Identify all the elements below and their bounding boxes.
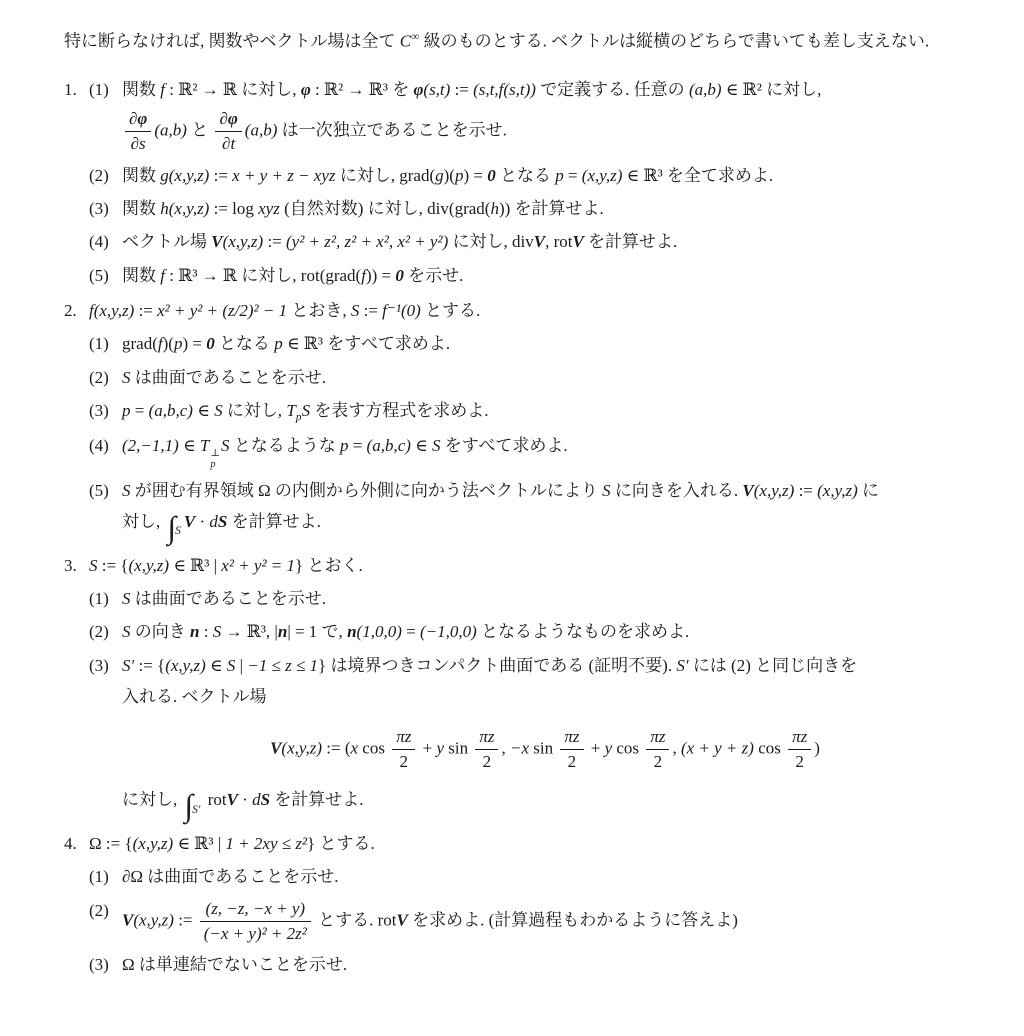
text-run: となる	[215, 334, 275, 353]
math-run: (x + y + z)	[681, 739, 754, 758]
text-run: )	[814, 739, 820, 758]
problem-item: (1)∂Ω は曲面であることを示せ.	[64, 864, 968, 890]
bold-math-run: V	[742, 481, 753, 500]
text-run: 2	[568, 752, 577, 771]
text-line: V(x,y,z) := (z, −z, −x + y)(−x + y)² + 2…	[122, 898, 968, 945]
text-run: に対し, grad(	[335, 166, 435, 185]
bold-math-run: 0	[395, 266, 404, 285]
text-run: (自然対数) に対し, div(grad(	[280, 199, 491, 218]
problem-item: (2)V(x,y,z) := (z, −z, −x + y)(−x + y)² …	[64, 898, 968, 945]
math-run: (a,b,c)	[367, 436, 411, 455]
text-run: 対し,	[122, 512, 165, 531]
denominator: ∂t	[215, 132, 241, 155]
item-label: (2)	[89, 365, 122, 391]
problem-item: (4)ベクトル場 V(x,y,z) := (y² + z², z² + x², …	[64, 229, 968, 255]
fraction: πz2	[560, 726, 583, 773]
math-run: (s,t,f(s,t))	[473, 80, 536, 99]
fraction: (z, −z, −x + y)(−x + y)² + 2z²	[200, 898, 311, 945]
text-run: を表す方程式を求めよ.	[310, 401, 489, 420]
text-line: 関数 h(x,y,z) := log xyz (自然対数) に対し, div(g…	[122, 196, 968, 222]
fraction: πz2	[788, 726, 811, 773]
problem-item: (3)p = (a,b,c) ∈ S に対し, TpS を表す方程式を求めよ.	[64, 398, 968, 426]
math-run: −x	[510, 739, 529, 758]
math-run: (x,y,z)	[165, 656, 206, 675]
text-run: sin	[444, 739, 472, 758]
text-run: sin	[529, 739, 557, 758]
math-run: πz	[792, 727, 807, 746]
text-run: を計算せよ.	[270, 790, 364, 809]
problem-1: 1.(1)関数 f : ℝ² → ℝ に対し, φ : ℝ² → ℝ³ を φ(…	[64, 77, 968, 289]
math-run: S	[602, 481, 611, 500]
text-run: ∈	[206, 656, 227, 675]
bold-math-run: φ	[301, 80, 311, 99]
denominator: (−x + y)² + 2z²	[200, 922, 311, 945]
text-line: S は曲面であることを示せ.	[122, 586, 968, 612]
math-run: −1 ≤ z ≤ 1	[247, 656, 318, 675]
bold-math-run: n	[278, 622, 287, 641]
integral-subscript: S	[175, 524, 181, 537]
item-label: (3)	[89, 653, 122, 679]
text-run: ∈ ℝ³ |	[169, 556, 221, 575]
math-run: 1 + 2xy ≤ z²	[225, 834, 307, 853]
item-label: (5)	[89, 478, 122, 504]
math-run: (y² + z², z² + x², x² + y²)	[286, 232, 448, 251]
problem-item: (3)関数 h(x,y,z) := log xyz (自然対数) に対し, di…	[64, 196, 968, 222]
math-run: T	[200, 436, 209, 455]
text-line: (2,−1,1) ∈ T⊥pS となるような p = (a,b,c) ∈ S を…	[122, 433, 968, 471]
text-run: 特に断らなければ, 関数やベクトル場は全て	[64, 32, 400, 51]
text-run: → ℝ³, |	[221, 622, 278, 641]
math-run: (z, −z, −x + y)	[206, 899, 306, 918]
numerator: ∂φ	[125, 108, 151, 132]
math-run: (x,y,z)	[223, 232, 264, 251]
math-run: y	[436, 739, 444, 758]
preamble: 特に断らなければ, 関数やベクトル場は全て C∞ 級のものとする. ベクトルは縦…	[64, 28, 968, 55]
bold-math-run: φ	[228, 109, 238, 128]
math-run: g(x,y,z)	[160, 166, 209, 185]
math-run: S	[122, 368, 131, 387]
math-run: h	[490, 199, 499, 218]
math-run: d	[252, 790, 261, 809]
math-run: C	[400, 32, 411, 51]
text-run: ) =	[463, 166, 487, 185]
item-content: p = (a,b,c) ∈ S に対し, TpS を表す方程式を求めよ.	[122, 398, 968, 426]
text-line: grad(f)(p) = 0 となる p ∈ ℝ³ をすべて求めよ.	[122, 331, 968, 357]
text-run: :=	[794, 481, 817, 500]
text-run: } とおく.	[295, 556, 363, 575]
text-run: : ℝ³ → ℝ に対し, rot(grad(	[165, 266, 361, 285]
bold-math-run: n	[347, 622, 356, 641]
text-run: ·	[195, 512, 209, 531]
text-run: )) を計算せよ.	[499, 199, 604, 218]
text-run: は一次独立であることを示せ.	[277, 121, 507, 140]
text-run: とする. rot	[314, 910, 397, 929]
text-run: に対し,	[223, 401, 287, 420]
item-label: (3)	[89, 196, 122, 222]
text-run: grad(	[122, 334, 158, 353]
numerator: πz	[788, 726, 811, 750]
text-line: 関数 f : ℝ² → ℝ に対し, φ : ℝ² → ℝ³ を φ(s,t) …	[122, 77, 968, 103]
numerator: πz	[475, 726, 498, 750]
problem-intro-row: 4.Ω := {(x,y,z) ∈ ℝ³ | 1 + 2xy ≤ z²} とする…	[64, 831, 968, 857]
text-run: ∈	[411, 436, 432, 455]
text-run: := {	[134, 656, 165, 675]
text-line: S が囲む有界領域 Ω の内側から外側に向かう法ベクトルにより S に向きを入れ…	[122, 478, 968, 504]
math-run: ∂	[219, 109, 227, 128]
text-run: に対し,	[122, 790, 182, 809]
text-run: ∈	[179, 436, 200, 455]
fraction: πz2	[392, 726, 415, 773]
text-line: S は曲面であることを示せ.	[122, 365, 968, 391]
numerator: πz	[560, 726, 583, 750]
fraction: ∂φ∂s	[125, 108, 151, 155]
text-run: } は境界つきコンパクト曲面である (証明不要).	[318, 656, 676, 675]
text-run: 入れる. ベクトル場	[122, 687, 267, 706]
math-run: S′	[122, 656, 134, 675]
problem-item: (5)S が囲む有界領域 Ω の内側から外側に向かう法ベクトルにより S に向き…	[64, 478, 968, 544]
text-line: S := {(x,y,z) ∈ ℝ³ | x² + y² = 1} とおく.	[89, 553, 968, 579]
text-run: :=	[174, 910, 197, 929]
integral-subscript: S′	[192, 803, 200, 816]
text-line: に対し, ∫S′ rotV · dS を計算せよ.	[122, 787, 968, 821]
text-run: ,	[672, 739, 681, 758]
text-run: を計算せよ.	[227, 512, 321, 531]
problem-intro: S := {(x,y,z) ∈ ℝ³ | x² + y² = 1} とおく.	[89, 553, 968, 579]
text-run: ∈	[193, 401, 214, 420]
math-run: (x,y,z)	[133, 834, 174, 853]
text-run: +	[587, 739, 605, 758]
text-run: 関数	[122, 166, 160, 185]
math-run: S	[122, 622, 131, 641]
problem-intro: Ω := {(x,y,z) ∈ ℝ³ | 1 + 2xy ≤ z²} とする.	[89, 831, 968, 857]
text-run: Ω := {	[89, 834, 133, 853]
bold-math-run: V	[572, 232, 583, 251]
math-run: (2,−1,1)	[122, 436, 179, 455]
problem-intro-row: 2.f(x,y,z) := x² + y² + (z/2)² − 1 とおき, …	[64, 298, 968, 324]
item-content: grad(f)(p) = 0 となる p ∈ ℝ³ をすべて求めよ.	[122, 331, 968, 357]
bold-math-run: S	[261, 790, 270, 809]
math-run: h(x,y,z)	[160, 199, 209, 218]
math-run: x² + y² = 1	[221, 556, 295, 575]
problem-intro: f(x,y,z) := x² + y² + (z/2)² − 1 とおき, S …	[89, 298, 968, 324]
item-content: ∂Ω は曲面であることを示せ.	[122, 864, 968, 890]
problem-item: (2)S は曲面であることを示せ.	[64, 365, 968, 391]
problem-item: 1.(1)関数 f : ℝ² → ℝ に対し, φ : ℝ² → ℝ³ を φ(…	[64, 77, 968, 156]
text-run: ∈ ℝ³ |	[173, 834, 225, 853]
text-run: 2	[400, 752, 409, 771]
item-content: S′ := {(x,y,z) ∈ S | −1 ≤ z ≤ 1} は境界つきコン…	[122, 653, 968, 822]
text-run: ∈ ℝ² に対し,	[722, 80, 822, 99]
text-run: をすべて求めよ.	[441, 436, 568, 455]
text-run: : ℝ² → ℝ³ を	[311, 80, 414, 99]
bold-math-run: V	[184, 512, 195, 531]
text-run: | = 1 で,	[287, 622, 347, 641]
math-run: S	[122, 481, 131, 500]
text-run: が囲む有界領域 Ω の内側から外側に向かう法ベクトルにより	[131, 481, 603, 500]
text-run: Ω は単連結でないことを示せ.	[122, 955, 347, 974]
display-equation: V(x,y,z) := (x cos πz2 + y sin πz2, −x s…	[122, 726, 968, 773]
math-run: g	[435, 166, 444, 185]
bold-math-run: 0	[487, 166, 496, 185]
text-line: Ω は単連結でないことを示せ.	[122, 952, 968, 978]
text-line: 対し, ∫SV · dS を計算せよ.	[122, 509, 968, 543]
math-run: (a,b)	[689, 80, 722, 99]
text-run: =	[348, 436, 366, 455]
problem-3: 3.S := {(x,y,z) ∈ ℝ³ | x² + y² = 1} とおく.…	[64, 553, 968, 822]
item-label: (1)	[89, 77, 122, 103]
math-run: f(x,y,z)	[89, 301, 134, 320]
problem-number: 1.	[64, 77, 89, 103]
problem-item: (2)関数 g(x,y,z) := x + y + z − xyz に対し, g…	[64, 163, 968, 189]
math-run: πz	[650, 727, 665, 746]
item-label: (2)	[89, 163, 122, 189]
math-run: πz	[396, 727, 411, 746]
math-run: (x,y,z)	[754, 481, 795, 500]
math-run: S′	[192, 803, 200, 816]
subscript: p	[210, 460, 215, 471]
item-label: (4)	[89, 433, 122, 459]
fraction: πz2	[646, 726, 669, 773]
item-label: (1)	[89, 331, 122, 357]
text-run: となるような	[229, 436, 340, 455]
item-content: S の向き n : S → ℝ³, |n| = 1 で, n(1,0,0) = …	[122, 619, 968, 645]
text-run: cos	[358, 739, 389, 758]
item-label: (3)	[89, 398, 122, 424]
math-run: (a,b)	[154, 121, 187, 140]
problem-item: (3)S′ := {(x,y,z) ∈ S | −1 ≤ z ≤ 1} は境界つ…	[64, 653, 968, 822]
numerator: (z, −z, −x + y)	[200, 898, 311, 922]
text-run: ∂Ω は曲面であることを示せ.	[122, 867, 339, 886]
text-line: ∂φ∂s(a,b) と ∂φ∂t(a,b) は一次独立であることを示せ.	[122, 108, 968, 155]
math-run: (1,0,0)	[357, 622, 402, 641]
text-run: とおき,	[287, 301, 351, 320]
math-run: T	[286, 401, 295, 420]
item-content: Ω は単連結でないことを示せ.	[122, 952, 968, 978]
fraction: πz2	[475, 726, 498, 773]
text-run: :	[199, 622, 212, 641]
item-content: ベクトル場 V(x,y,z) := (y² + z², z² + x², x² …	[122, 229, 968, 255]
math-run: (s,t)	[423, 80, 450, 99]
text-run: ·	[238, 790, 252, 809]
text-run: 関数	[122, 199, 160, 218]
math-run: S	[89, 556, 98, 575]
math-run: p	[555, 166, 564, 185]
math-run: S	[214, 401, 223, 420]
math-run: (x,y,z)	[281, 739, 322, 758]
text-line: 入れる. ベクトル場	[122, 684, 968, 710]
text-run: に	[858, 481, 879, 500]
text-line: Ω := {(x,y,z) ∈ ℝ³ | 1 + 2xy ≤ z²} とする.	[89, 831, 968, 857]
text-run: を計算せよ.	[584, 232, 678, 251]
text-run: :=	[359, 301, 382, 320]
text-run: ,	[501, 739, 510, 758]
denominator: ∂s	[125, 132, 151, 155]
text-line: ベクトル場 V(x,y,z) := (y² + z², z² + x², x² …	[122, 229, 968, 255]
item-content: 関数 f : ℝ³ → ℝ に対し, rot(grad(f)) = 0 を示せ.	[122, 263, 968, 289]
text-run: =	[402, 622, 420, 641]
problem-item: (1)grad(f)(p) = 0 となる p ∈ ℝ³ をすべて求めよ.	[64, 331, 968, 357]
text-run: =	[131, 401, 149, 420]
math-run: f⁻¹(0)	[382, 301, 421, 320]
math-run: ∂s	[131, 134, 146, 153]
document-body: 1.(1)関数 f : ℝ² → ℝ に対し, φ : ℝ² → ℝ³ を φ(…	[64, 77, 968, 978]
text-run: := (	[322, 739, 350, 758]
text-run: :=	[209, 166, 232, 185]
bold-math-run: 0	[206, 334, 215, 353]
item-content: 関数 f : ℝ² → ℝ に対し, φ : ℝ² → ℝ³ を φ(s,t) …	[122, 77, 968, 156]
text-run: ∈ ℝ³ を全て求めよ.	[622, 166, 773, 185]
text-line: S′ := {(x,y,z) ∈ S | −1 ≤ z ≤ 1} は境界つきコン…	[122, 653, 968, 679]
math-run: d	[209, 512, 218, 531]
document-page: 特に断らなければ, 関数やベクトル場は全て C∞ 級のものとする. ベクトルは縦…	[0, 0, 1024, 978]
problem-item: (3)Ω は単連結でないことを示せ.	[64, 952, 968, 978]
text-run: :=	[450, 80, 473, 99]
problem-item: (1)S は曲面であることを示せ.	[64, 586, 968, 612]
bold-math-run: φ	[413, 80, 423, 99]
text-run: ベクトル場	[122, 232, 211, 251]
text-line: 関数 f : ℝ³ → ℝ に対し, rot(grad(f)) = 0 を示せ.	[122, 263, 968, 289]
text-run: 関数	[122, 266, 160, 285]
text-run: には (2) と同じ向きを	[689, 656, 858, 675]
item-label: (1)	[89, 864, 122, 890]
math-run: (x,y,z)	[128, 556, 169, 575]
text-line: S の向き n : S → ℝ³, |n| = 1 で, n(1,0,0) = …	[122, 619, 968, 645]
denominator: 2	[560, 750, 583, 773]
text-run: )) =	[366, 266, 395, 285]
problem-item: (4)(2,−1,1) ∈ T⊥pS となるような p = (a,b,c) ∈ …	[64, 433, 968, 471]
text-run: の向き	[131, 622, 191, 641]
math-run: S′	[676, 656, 688, 675]
item-label: (2)	[89, 619, 122, 645]
text-run: となる	[496, 166, 556, 185]
item-content: V(x,y,z) := (z, −z, −x + y)(−x + y)² + 2…	[122, 898, 968, 945]
item-label: (1)	[89, 586, 122, 612]
text-run: :=	[263, 232, 286, 251]
math-run: (x,y,z)	[582, 166, 623, 185]
text-run: ) =	[182, 334, 206, 353]
text-run: を示せ.	[404, 266, 464, 285]
math-run: S	[213, 622, 222, 641]
text-run: と	[187, 121, 213, 140]
denominator: 2	[788, 750, 811, 773]
item-content: S は曲面であることを示せ.	[122, 586, 968, 612]
text-run: } とする.	[307, 834, 375, 853]
math-run: xyz	[258, 199, 280, 218]
denominator: 2	[475, 750, 498, 773]
text-run: は曲面であることを示せ.	[131, 589, 327, 608]
text-run: )(	[163, 334, 174, 353]
math-run: p	[122, 401, 131, 420]
problem-2: 2.f(x,y,z) := x² + y² + (z/2)² − 1 とおき, …	[64, 298, 968, 544]
problem-number: 2.	[64, 298, 89, 324]
problem-number: 3.	[64, 553, 89, 579]
math-run: πz	[564, 727, 579, 746]
item-label: (3)	[89, 952, 122, 978]
math-run: x	[351, 739, 359, 758]
denominator: 2	[646, 750, 669, 773]
item-content: S は曲面であることを示せ.	[122, 365, 968, 391]
bold-math-run: V	[227, 790, 238, 809]
item-label: (4)	[89, 229, 122, 255]
text-run: 2	[795, 752, 804, 771]
text-run: cos	[612, 739, 643, 758]
problem-4: 4.Ω := {(x,y,z) ∈ ℝ³ | 1 + 2xy ≤ z²} とする…	[64, 831, 968, 978]
item-label: (2)	[89, 898, 122, 924]
text-run: となるようなものを求めよ.	[477, 622, 690, 641]
text-run: |	[235, 656, 247, 675]
denominator: 2	[392, 750, 415, 773]
text-line: 関数 g(x,y,z) := x + y + z − xyz に対し, grad…	[122, 163, 968, 189]
bold-math-run: V	[534, 232, 545, 251]
math-run: S	[302, 401, 311, 420]
math-run: (−x + y)² + 2z²	[204, 924, 307, 943]
text-run: 級のものとする. ベクトルは縦横のどちらで書いても差し支えない.	[419, 32, 929, 51]
math-run: (a,b,c)	[149, 401, 193, 420]
fraction: ∂φ∂t	[215, 108, 241, 155]
problem-item: (2)S の向き n : S → ℝ³, |n| = 1 で, n(1,0,0)…	[64, 619, 968, 645]
text-run: :=	[134, 301, 157, 320]
item-content: 関数 g(x,y,z) := x + y + z − xyz に対し, grad…	[122, 163, 968, 189]
math-run: S	[175, 524, 181, 537]
item-content: (2,−1,1) ∈ T⊥pS となるような p = (a,b,c) ∈ S を…	[122, 433, 968, 471]
bold-math-run: φ	[137, 109, 147, 128]
math-run: S	[432, 436, 441, 455]
item-label: (5)	[89, 263, 122, 289]
problem-intro-row: 3.S := {(x,y,z) ∈ ℝ³ | x² + y² = 1} とおく.	[64, 553, 968, 579]
integral: ∫S′	[185, 787, 201, 821]
math-run: x² + y² + (z/2)² − 1	[157, 301, 287, 320]
math-run: πz	[479, 727, 494, 746]
text-run: := log	[209, 199, 258, 218]
text-run: に対し, div	[448, 232, 533, 251]
numerator: πz	[646, 726, 669, 750]
text-run: とする.	[421, 301, 481, 320]
math-run: y	[605, 739, 613, 758]
math-run: p	[274, 334, 283, 353]
text-run: に向きを入れる.	[611, 481, 743, 500]
text-line: f(x,y,z) := x² + y² + (z/2)² − 1 とおき, S …	[89, 298, 968, 324]
text-line: p = (a,b,c) ∈ S に対し, TpS を表す方程式を求めよ.	[122, 398, 968, 426]
item-content: 関数 h(x,y,z) := log xyz (自然対数) に対し, div(g…	[122, 196, 968, 222]
math-run: (x,y,z)	[817, 481, 858, 500]
math-run: x + y + z − xyz	[232, 166, 335, 185]
bold-math-run: V	[211, 232, 222, 251]
integral: ∫S	[168, 509, 181, 543]
math-run: (a,b)	[245, 121, 278, 140]
numerator: ∂φ	[215, 108, 241, 132]
text-run: , rot	[545, 232, 572, 251]
text-line: ∂Ω は曲面であることを示せ.	[122, 864, 968, 890]
text-run: で定義する. 任意の	[536, 80, 689, 99]
math-run: (x,y,z)	[133, 910, 174, 929]
text-run: 2	[654, 752, 663, 771]
bold-math-run: V	[122, 910, 133, 929]
bold-math-run: V	[270, 739, 281, 758]
math-run: ∂t	[222, 134, 235, 153]
text-run: 関数	[122, 80, 160, 99]
text-run: )(	[444, 166, 455, 185]
bold-math-run: V	[397, 910, 408, 929]
math-run: S	[122, 589, 131, 608]
text-run: rot	[203, 790, 226, 809]
numerator: πz	[392, 726, 415, 750]
text-run: := {	[98, 556, 129, 575]
text-run: は曲面であることを示せ.	[131, 368, 327, 387]
text-run: を求めよ. (計算過程もわかるように答えよ)	[408, 910, 738, 929]
text-run: +	[418, 739, 436, 758]
bold-math-run: S	[218, 512, 227, 531]
problem-item: (5)関数 f : ℝ³ → ℝ に対し, rot(grad(f)) = 0 を…	[64, 263, 968, 289]
